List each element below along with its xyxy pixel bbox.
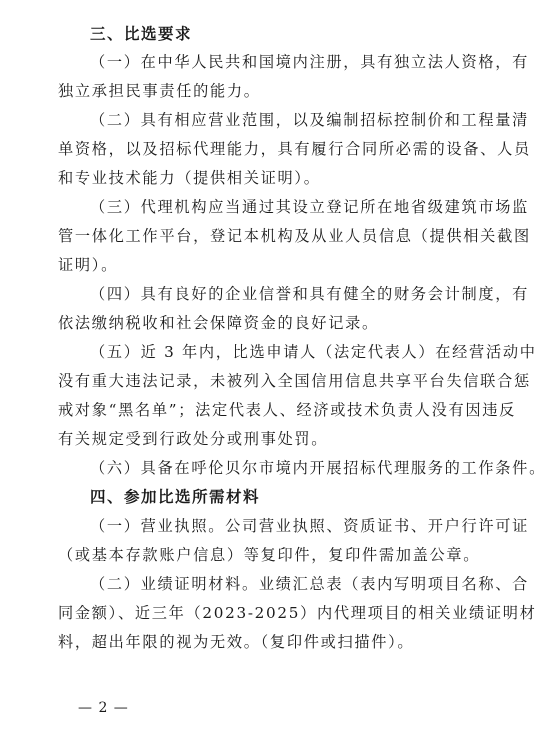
paragraph-line: 戒对象“黑名单”；法定代表人、经济或技术负责人没有因违反	[58, 400, 516, 420]
section-heading-materials: 四、参加比选所需材料	[90, 487, 260, 507]
paragraph-line: （一）在中华人民共和国境内注册，具有独立法人资格，有	[90, 52, 529, 72]
paragraph-line: 管一体化工作平台，登记本机构及从业人员信息（提供相关截图	[58, 226, 531, 246]
paragraph-line: 料，超出年限的视为无效。（复印件或扫描件）。	[58, 632, 414, 652]
paragraph-line: 单资格，以及招标代理能力，具有履行合同所必需的设备、人员	[58, 139, 531, 159]
paragraph-line: 独立承担民事责任的能力。	[58, 81, 261, 101]
paragraph-line: 证明）。	[58, 255, 118, 275]
paragraph-line: （六）具备在呼伦贝尔市境内开展招标代理服务的工作条件。	[90, 458, 546, 478]
paragraph-line: 有关规定受到行政处分或刑事处罚。	[58, 429, 328, 449]
page-number: — 2 —	[78, 700, 129, 716]
paragraph-line: 和专业技术能力（提供相关证明）。	[58, 168, 321, 188]
paragraph-line: （四）具有良好的企业信誉和具有健全的财务会计制度，有	[90, 284, 529, 304]
paragraph-line: （一）营业执照。公司营业执照、资质证书、开户行许可证	[90, 516, 529, 536]
section-heading-requirements: 三、比选要求	[90, 24, 192, 44]
paragraph-line: 依法缴纳税收和社会保障资金的良好记录。	[58, 313, 379, 333]
paragraph-line: （二）具有相应营业范围，以及编制招标控制价和工程量清	[90, 110, 529, 130]
paragraph-line: （三）代理机构应当通过其设立登记所在地省级建筑市场监	[90, 197, 529, 217]
paragraph-line: 同金额）、近三年（2023-2025）内代理项目的相关业绩证明材	[58, 603, 537, 623]
paragraph-line: （五）近 3 年内，比选申请人（法定代表人）在经营活动中	[90, 342, 537, 362]
paragraph-line: （或基本存款账户信息）等复印件，复印件需加盖公章。	[58, 545, 480, 565]
paragraph-line: 没有重大违法记录，未被列入全国信用信息共享平台失信联合惩	[58, 371, 531, 391]
paragraph-line: （二）业绩证明材料。业绩汇总表（表内写明项目名称、合	[90, 574, 529, 594]
